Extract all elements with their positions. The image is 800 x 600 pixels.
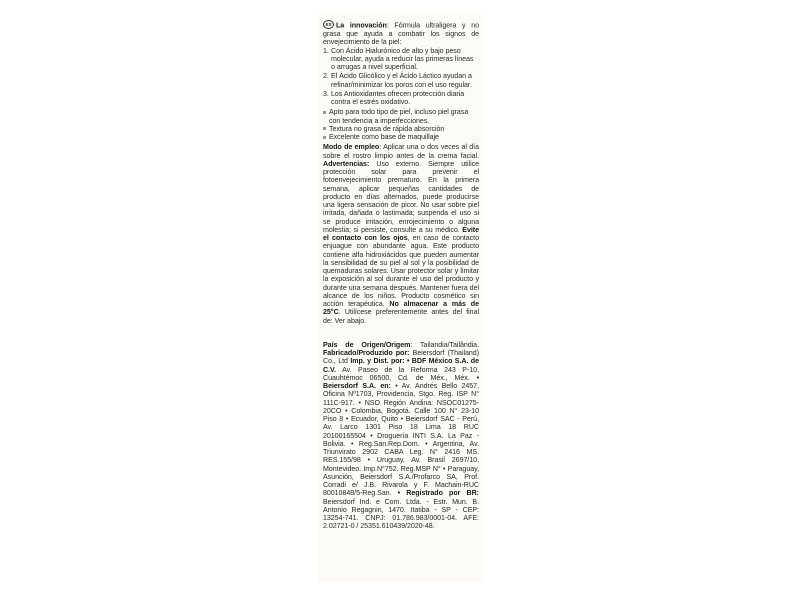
square-bullet-icon [323, 136, 326, 139]
warnings-text: Uso externo. Siempre utilice protección … [323, 160, 479, 234]
benefit-number: 3. [323, 90, 329, 98]
country-text: : Tailandia/Tailândia. [410, 341, 479, 349]
manufacturer-heading: Fabricado/Produzido por: [323, 349, 409, 357]
feature-text: Excelente como base de maquillaje [329, 133, 439, 141]
brazil-registration-heading: • Registrado por BR: [398, 489, 479, 497]
beiersdorf-text: • Av. Andrés Bello 2457, Oficina Nº1703,… [323, 382, 479, 497]
benefit-text: Con Ácido Hialurónico de alto y bajo pes… [331, 47, 473, 72]
benefit-item: 2.El Ácido Glicólico y el Ácido Láctico … [323, 72, 479, 89]
benefit-number: 1. [323, 47, 329, 55]
origin-distribution-paragraph: País de Origen/Origem: Tailandia/Tailând… [323, 341, 479, 531]
label-text-column: ESLa innovación: Fórmula ultraligera y n… [323, 21, 479, 531]
square-bullet-icon [323, 127, 326, 130]
warnings-text-continued: , en caso de contacto enjuague con abund… [323, 234, 479, 308]
feature-item: Apto para todo tipo de piel, incluso pie… [323, 108, 479, 125]
benefit-item: 1.Con Ácido Hialurónico de alto y bajo p… [323, 47, 479, 72]
importer-text: Av. Paseo de la Reforma 243 P-10, Cuauht… [323, 366, 479, 382]
usage-warnings-paragraph: Modo de empleo: Aplicar una o dos veces … [323, 143, 479, 325]
benefit-text: Los Antioxidantes ofrecen protección dia… [331, 90, 464, 106]
expiry-text: . Utilícese preferentemente antes del fi… [323, 308, 479, 324]
innovation-paragraph: ESLa innovación: Fórmula ultraligera y n… [323, 21, 479, 47]
warnings-heading: Advertencias: [323, 160, 369, 168]
product-label-page: ESLa innovación: Fórmula ultraligera y n… [0, 0, 800, 600]
feature-text: Apto para todo tipo de piel, incluso pie… [329, 108, 468, 124]
brazil-registration-text: Beiersdorf Ind. e Com. Ltda. - Estr. Mun… [323, 498, 479, 531]
benefit-number: 2. [323, 72, 329, 80]
benefit-item: 3.Los Antioxidantes ofrecen protección d… [323, 90, 479, 107]
benefits-list: 1.Con Ácido Hialurónico de alto y bajo p… [323, 47, 479, 107]
square-bullet-icon [323, 111, 326, 114]
feature-text: Textura no grasa de rápida absorción [329, 125, 444, 133]
innovation-heading: La innovación [336, 21, 387, 29]
language-badge-icon: ES [323, 20, 334, 29]
country-heading: País de Origen/Origem [323, 341, 410, 349]
usage-heading: Modo de empleo [323, 143, 379, 151]
feature-item: Excelente como base de maquillaje [323, 133, 479, 141]
feature-item: Textura no grasa de rápida absorción [323, 125, 479, 133]
features-list: Apto para todo tipo de piel, incluso pie… [323, 108, 479, 141]
benefit-text: El Ácido Glicólico y el Ácido Láctico ay… [331, 72, 472, 88]
